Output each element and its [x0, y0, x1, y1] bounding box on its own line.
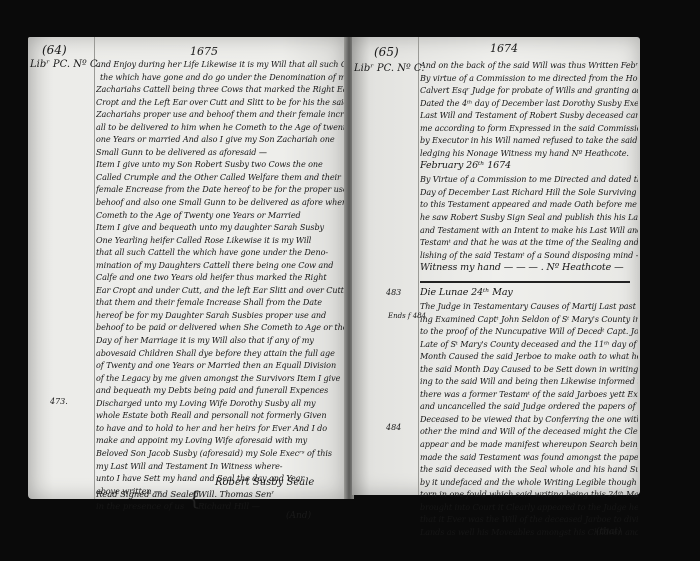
manuscript-line: and Enjoy during her Life Likewise it is…	[96, 58, 344, 71]
left-margin-rule	[94, 37, 95, 499]
right-probate-endorsement: And on the back of the said Will was thu…	[420, 59, 638, 275]
left-manuscript-page: (64) 1675 Libʳ PC. Nº C. 473. and Enjoy …	[28, 37, 346, 499]
manuscript-line: the which have gone and do go under the …	[96, 71, 344, 84]
section-divider	[420, 281, 630, 283]
manuscript-line: he saw Robert Susby Sign Seal and publis…	[420, 211, 638, 224]
manuscript-line: to the proof of the Nuncupative Will of …	[420, 325, 638, 338]
manuscript-line: of Twenty and one Years or Married then …	[96, 359, 344, 372]
left-liber-reference: Libʳ PC. Nº C.	[30, 59, 100, 70]
manuscript-line: that all such Cattell the which have gon…	[96, 246, 344, 259]
right-catchword: (that)	[596, 527, 621, 537]
manuscript-line: all to be delivered to him when he Comet…	[96, 121, 344, 134]
manuscript-line: Month Caused the said Jerboe to make oat…	[420, 350, 638, 363]
manuscript-line: made the said Testament was found amongs…	[420, 451, 638, 464]
manuscript-line: Dated the 4ᵗʰ day of December last Dorot…	[420, 97, 638, 110]
right-year-header: 1674	[490, 42, 518, 55]
manuscript-line: by it undefaced and the whole Writing Le…	[420, 476, 638, 489]
manuscript-line: behoof and also one Small Gunn to be del…	[96, 196, 344, 209]
manuscript-line: make and appoint my Loving Wife aforesai…	[96, 434, 344, 447]
date-heading: February 26ᵗʰ 1674	[420, 159, 638, 173]
testator-signature: Robert Susby Seale	[215, 477, 314, 488]
left-catchword: (And)	[286, 511, 311, 521]
manuscript-line: that them and their female Increase Shal…	[96, 296, 344, 309]
manuscript-line: Deceased to be viewed that by Conferring…	[420, 413, 638, 426]
margin-note-483: 483	[386, 288, 401, 297]
manuscript-line: Testamᵗ and that he was at the time of t…	[420, 236, 638, 249]
manuscript-line: One Yearling heifer Called Rose Likewise…	[96, 234, 344, 247]
manuscript-line: torn in one fould which said writing bei…	[420, 488, 638, 501]
manuscript-line: Ear Cropt and under Cutt, and the left E…	[96, 284, 344, 297]
manuscript-line: my Last Will and Testament In Witness wh…	[96, 460, 344, 473]
manuscript-line: brought into Court it Clearly appeared t…	[420, 501, 638, 514]
manuscript-line: ing Examined Captᵗ John Seldon of Sᵗ Mar…	[420, 313, 638, 326]
manuscript-line: Late of Sᵗ Mary's County deceased and th…	[420, 338, 638, 351]
manuscript-line: Cometh to the Age of Twenty one Years or…	[96, 209, 344, 222]
manuscript-line: and bequeath my Debts being paid and fun…	[96, 384, 344, 397]
manuscript-line: the said deceased with the Seal whole an…	[420, 463, 638, 476]
left-page-number: (64)	[42, 43, 67, 57]
manuscript-line: to have and to hold to her and her heirs…	[96, 422, 344, 435]
manuscript-line: behoof to be paid or delivered when She …	[96, 321, 344, 334]
manuscript-line: mination of my Daughters Cattell there b…	[96, 259, 344, 272]
manuscript-line: Called Crumple and the Other Called Welf…	[96, 171, 344, 184]
manuscript-line: appear and be made manifest whereupon Se…	[420, 438, 638, 451]
right-manuscript-page: (65) 1674 Libʳ PC. Nº C. And on the back…	[352, 37, 640, 495]
manuscript-line: Item I give unto my Son Robert Susby two…	[96, 158, 344, 171]
manuscript-line: Zachariahs proper use and behoof them an…	[96, 108, 344, 121]
right-liber-reference: Libʳ PC. Nº C.	[354, 63, 424, 74]
manuscript-line: and uncancelled the said Judge ordered t…	[420, 400, 638, 413]
manuscript-line: And on the back of the said Will was thu…	[420, 59, 638, 72]
manuscript-line: Day of December Last Richard Hill the So…	[420, 186, 638, 199]
manuscript-line: hereof be for my Daughter Sarah Susbies …	[96, 309, 344, 322]
manuscript-line: The Judge in Testamentary Causes of Mart…	[420, 300, 638, 313]
manuscript-line: ledging his Nonage Witness my hand Nº He…	[420, 147, 638, 160]
attestation-label-2: in the presence of us	[96, 501, 184, 514]
manuscript-line: Calvert Esqʳ Judge for probate of Wills …	[420, 84, 638, 97]
manuscript-line: other the mind and Will of the deceased …	[420, 425, 638, 438]
manuscript-line: By Virtue of a Commission to me Directed…	[420, 173, 638, 186]
right-margin-rule	[418, 37, 419, 495]
manuscript-line: of the Legacy by me given amongst the Su…	[96, 372, 344, 385]
manuscript-line: ing to the said Will and being then Like…	[420, 375, 638, 388]
manuscript-line: Small Gunn to be delivered as aforesaid …	[96, 146, 344, 159]
manuscript-line: me according to form Expressed in the sa…	[420, 122, 638, 135]
manuscript-line: one Years or married And also I give my …	[96, 133, 344, 146]
manuscript-line: and Testament with an Intent to make his…	[420, 224, 638, 237]
manuscript-line: Discharged unto my Loving Wife Dorothy S…	[96, 397, 344, 410]
manuscript-line: abovesaid Children Shall dye before they…	[96, 347, 344, 360]
manuscript-line: Item I give and bequeath unto my daughte…	[96, 221, 344, 234]
manuscript-line: By virtue of a Commission to me directed…	[420, 72, 638, 85]
manuscript-line: Beloved Son Jacob Susby (aforesaid) my S…	[96, 447, 344, 460]
margin-note-484: 484	[386, 423, 401, 432]
manuscript-line: Zachariahs Cattell being three Cows that…	[96, 83, 344, 96]
manuscript-line: that it Ever was the Will of the decease…	[420, 513, 638, 526]
manuscript-line: Calfe and one two Years old heifer thus …	[96, 271, 344, 284]
manuscript-line: Last Will and Testament of Robert Susby …	[420, 109, 638, 122]
manuscript-line: there was a former Testamᵗ of the said J…	[420, 388, 638, 401]
right-page-number: (65)	[374, 45, 399, 59]
attestation-label-1: Read Signed and Sealed	[96, 489, 199, 502]
right-court-record: Die Lunae 24ᵗʰ May The Judge in Testamen…	[420, 286, 638, 538]
manuscript-line: whole Estate both Reall and personall no…	[96, 409, 344, 422]
manuscript-line: by Executor in his Will named refused to…	[420, 134, 638, 147]
witness-line: Witness my hand — — — . Nº Heathcote —	[420, 261, 638, 275]
left-body-text: and Enjoy during her Life Likewise it is…	[96, 58, 344, 497]
left-folio-mark: 473.	[50, 397, 68, 406]
witness-name: Will. Thomas Senʳ	[198, 489, 274, 502]
manuscript-line: Cropt and the Left Ear over Cutt and Sli…	[96, 96, 344, 109]
court-heading: Die Lunae 24ᵗʰ May	[420, 286, 638, 300]
witness-name: Richard Hill —	[198, 501, 260, 514]
manuscript-line: to this Testament appeared and made Oath…	[420, 198, 638, 211]
manuscript-line: Day of her Marriage it is my Will also t…	[96, 334, 344, 347]
manuscript-line: lishing of the said Testamᵗ of a Sound d…	[420, 249, 638, 262]
left-year-header: 1675	[190, 45, 218, 58]
manuscript-line: the said Month Day Caused to be Sett dow…	[420, 363, 638, 376]
manuscript-line: female Encrease from the Date hereof to …	[96, 183, 344, 196]
